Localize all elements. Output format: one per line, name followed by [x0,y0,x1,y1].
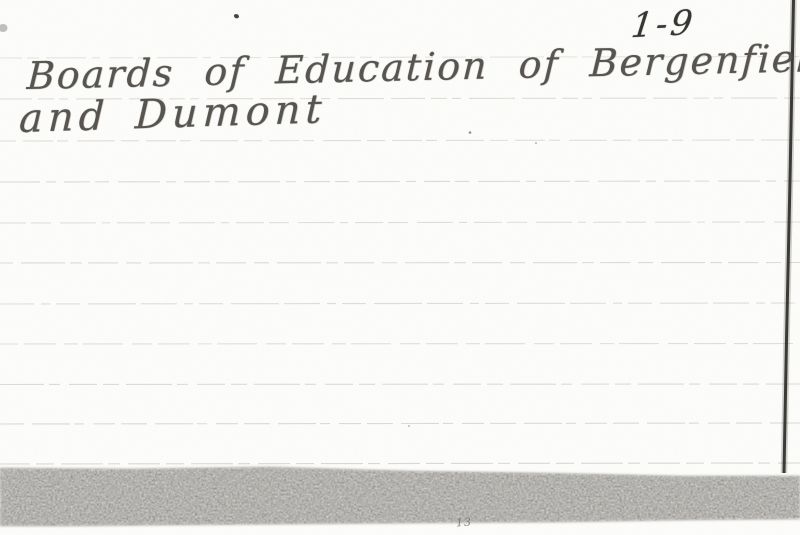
handwritten-corner-number: 1-9 [629,3,698,47]
handwritten-title-line2: and Dumont [18,86,327,142]
page-number-mark: 13 [456,515,473,529]
scanned-index-card: Boards of Education of Bergenfield and D… [0,0,800,535]
